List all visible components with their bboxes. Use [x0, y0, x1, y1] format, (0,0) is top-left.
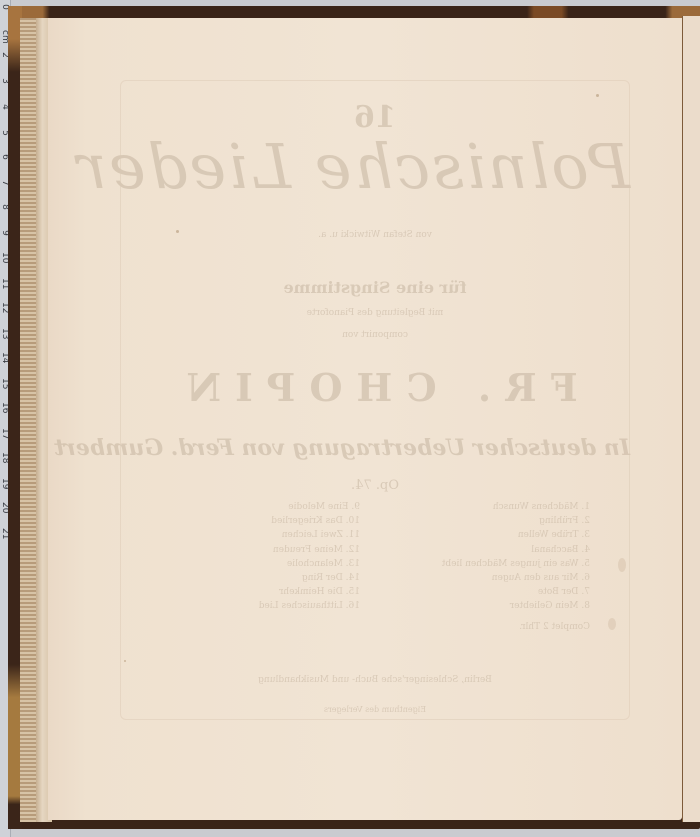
complete-price: Complet 2 Thlr.	[390, 620, 590, 634]
song-item: 3. Trübe Wellen	[390, 528, 590, 542]
song-item: 15. Die Heimkehr	[160, 585, 360, 599]
song-item: 9. Eine Melodie	[160, 500, 360, 514]
song-item: 12. Meine Freuden	[160, 543, 360, 557]
bleed-accompaniment: mit Begleitung des Pianoforte	[120, 308, 630, 318]
song-item: 11. Zwei Leichen	[160, 528, 360, 542]
bleed-publisher: Berlin, Schlesinger'sche Buch- und Musik…	[120, 675, 630, 685]
bleed-composed-by: componirt von	[120, 330, 630, 340]
bleed-composer: FR. CHOPIN	[120, 365, 630, 410]
show-through-title-page: 16 Polnische Lieder von Stefan Witwicki …	[120, 80, 630, 720]
bleed-footer: Eigenthum des Verlegers	[120, 705, 630, 714]
song-item: 7. Der Bote	[390, 585, 590, 599]
bleed-voice: für eine Singstimme	[120, 278, 630, 297]
song-item: 14. Der Ring	[160, 571, 360, 585]
cover-top-edge	[8, 6, 700, 18]
song-item: 13. Melancholie	[160, 557, 360, 571]
bleed-subtitle: von Stefan Witwicki u. a.	[120, 230, 630, 240]
song-item: 16. Litthauisches Lied	[160, 599, 360, 613]
facing-page-edge	[682, 16, 700, 822]
song-item: 2. Frühling	[390, 514, 590, 528]
song-item: 6. Mir aus den Augen	[390, 571, 590, 585]
song-item: 1. Mädchens Wunsch	[390, 500, 590, 514]
song-list-right: 9. Eine Melodie 10. Das Kriegerlied 11. …	[160, 500, 360, 614]
bleed-title: Polnische Lieder	[120, 130, 630, 203]
song-list-left: 1. Mädchens Wunsch 2. Frühling 3. Trübe …	[390, 500, 590, 634]
song-item: 5. Was ein junges Mädchen liebt	[390, 557, 590, 571]
song-item: 4. Bacchanal	[390, 543, 590, 557]
song-item: 10. Das Kriegerlied	[160, 514, 360, 528]
bleed-translation: In deutscher Uebertragung von Ferd. Gumb…	[120, 435, 630, 461]
song-item: 8. Mein Geliebter	[390, 599, 590, 613]
bleed-opus: Op. 74.	[120, 478, 630, 493]
